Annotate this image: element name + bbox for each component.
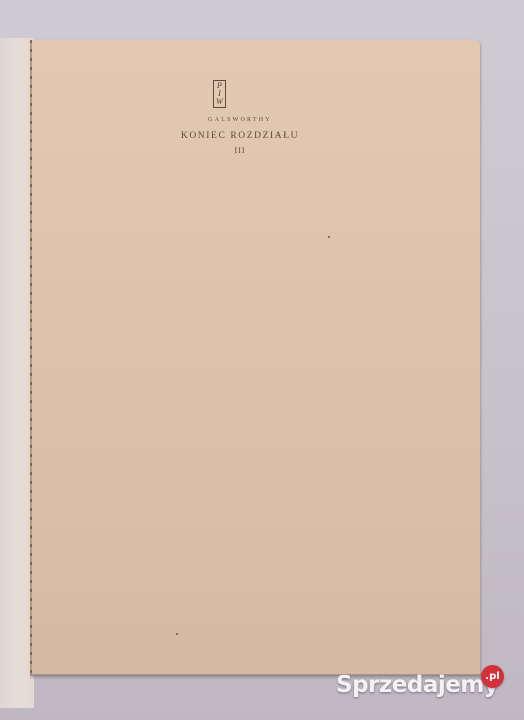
left-page-edge (0, 38, 34, 708)
publisher-logo-icon: P I W (213, 80, 226, 108)
author-name: GALSWORTHY (130, 117, 350, 123)
logo-letter-w: W (216, 98, 223, 106)
book-title: KONIEC ROZDZIAŁU (130, 131, 350, 141)
paper-speck (176, 633, 178, 635)
page-gutter (30, 40, 32, 675)
volume-number: III (130, 146, 350, 155)
watermark-text: Sprzedajemy (336, 672, 498, 698)
paper-speck (328, 236, 330, 238)
watermark-badge: .pl (481, 665, 504, 688)
